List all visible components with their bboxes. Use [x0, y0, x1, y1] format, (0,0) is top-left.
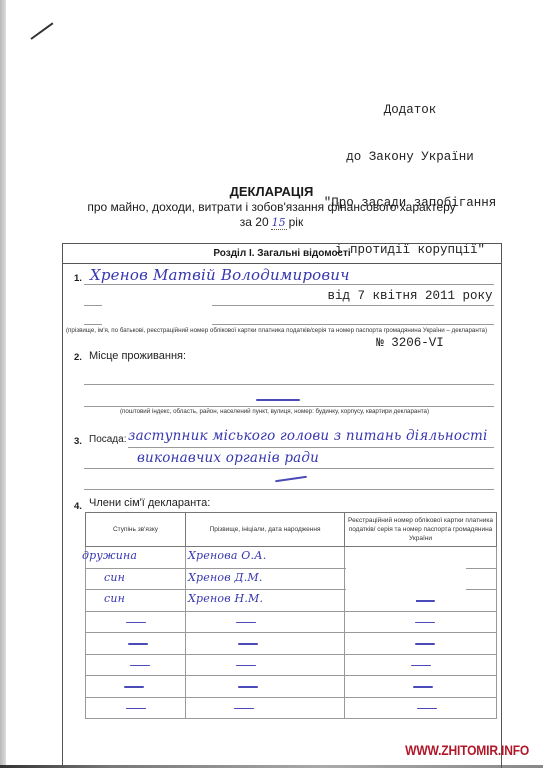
- position-handwritten-line1: заступник міського голови з питань діяль…: [128, 428, 488, 444]
- table-row: синХренов Н.М.: [86, 590, 497, 612]
- handwritten-dash: [124, 686, 144, 688]
- handwritten-dash: [128, 643, 148, 645]
- cell-relation: дружина: [86, 547, 186, 569]
- handwritten-dash: [126, 622, 146, 624]
- handwritten-dash: [126, 708, 146, 710]
- residence-line: [84, 384, 494, 385]
- redacted-area: [346, 548, 466, 590]
- cell-id: [345, 654, 497, 676]
- item1-line: [84, 284, 494, 285]
- handwritten-dash: [238, 686, 258, 688]
- handwritten-dash: [130, 665, 150, 667]
- handwritten-dash: [415, 643, 435, 645]
- column-header-id: Реєстраційний номер облікової картки пла…: [345, 513, 497, 547]
- member-name-handwritten: Хренова О.А.: [188, 549, 266, 562]
- family-members-table: Ступінь зв'язку Прізвище, ініціали, дата…: [85, 512, 497, 719]
- column-header-name: Прізвище, ініціали, дата народження: [186, 513, 345, 547]
- handwritten-dash: [236, 622, 256, 624]
- redacted-area: [346, 590, 416, 610]
- handwritten-dash: [413, 686, 433, 688]
- cell-name: Хренова О.А.: [186, 547, 345, 569]
- item4-number: 4.: [74, 501, 82, 512]
- cell-relation: син: [86, 590, 186, 612]
- member-name-handwritten: Хренов Н.М.: [188, 592, 263, 605]
- handwritten-dash: [415, 600, 435, 602]
- table-row: [86, 633, 497, 655]
- table-row: [86, 697, 497, 719]
- cell-name: [186, 697, 345, 719]
- section-header: Розділ І. Загальні відомості: [63, 244, 501, 264]
- column-header-relation: Ступінь зв'язку: [86, 513, 186, 547]
- pen-stroke-mark: [30, 22, 53, 39]
- cell-id: [345, 697, 497, 719]
- handwritten-dash: [417, 708, 437, 710]
- item1-short-line: [84, 305, 102, 306]
- cell-relation: син: [86, 568, 186, 590]
- handwritten-dash: [415, 622, 435, 624]
- table-row: [86, 676, 497, 698]
- residence-line: [84, 406, 494, 407]
- declaration-year: за 2015рік: [0, 215, 543, 230]
- appendix-line: Додаток: [300, 103, 520, 119]
- cell-relation: [86, 654, 186, 676]
- handwritten-dash: [411, 665, 431, 667]
- handwritten-dash: [238, 643, 258, 645]
- item1-line: [212, 324, 494, 325]
- handwritten-dash: [236, 665, 256, 667]
- declaration-subtitle: про майно, доходи, витрати і зобов'язанн…: [0, 200, 543, 214]
- declaration-title: ДЕКЛАРАЦІЯ: [0, 184, 543, 199]
- handwritten-dash: [234, 708, 254, 710]
- item1-line: [212, 305, 494, 306]
- residence-hint: (поштовий індекс, область, район, населе…: [120, 408, 429, 415]
- cell-name: [186, 633, 345, 655]
- appendix-line: до Закону України: [300, 150, 520, 166]
- year-suffix: рік: [289, 215, 304, 229]
- position-line: [84, 468, 494, 469]
- cell-name: [186, 611, 345, 633]
- year-prefix: за 20: [240, 215, 269, 229]
- member-name-handwritten: Хренов Д.М.: [188, 571, 263, 584]
- family-label: Члени сім'ї декларанта:: [89, 497, 210, 509]
- year-handwritten: 15: [271, 216, 287, 230]
- cell-name: Хренов Д.М.: [186, 568, 345, 590]
- residence-label: Місце проживання:: [89, 350, 186, 362]
- position-line: [84, 489, 494, 490]
- cell-relation: [86, 633, 186, 655]
- item3-number: 3.: [74, 436, 82, 447]
- declarant-name-handwritten: Хренов Матвій Володимирович: [90, 266, 350, 284]
- scan-edge-left: [0, 0, 6, 768]
- residence-pen-mark: [256, 399, 300, 401]
- table-header-row: Ступінь зв'язку Прізвище, ініціали, дата…: [86, 513, 497, 547]
- cell-name: [186, 676, 345, 698]
- relation-handwritten: син: [104, 592, 125, 605]
- item1-number: 1.: [74, 273, 82, 284]
- item1-hint: (прізвище, ім'я, по батькові, реєстрацій…: [66, 327, 487, 334]
- item1-short-line: [84, 324, 102, 325]
- cell-name: Хренов Н.М.: [186, 590, 345, 612]
- table-row: [86, 654, 497, 676]
- cell-id: [345, 676, 497, 698]
- position-label: Посада:: [89, 434, 127, 445]
- cell-name: [186, 654, 345, 676]
- table-row: [86, 611, 497, 633]
- relation-handwritten: син: [104, 571, 125, 584]
- item2-number: 2.: [74, 352, 82, 363]
- cell-id: [345, 611, 497, 633]
- position-line: [128, 447, 494, 448]
- cell-relation: [86, 697, 186, 719]
- cell-relation: [86, 611, 186, 633]
- cell-relation: [86, 676, 186, 698]
- position-handwritten-line2: виконавчих органів ради: [137, 450, 319, 466]
- site-watermark: WWW.ZHITOMIR.INFO: [405, 742, 529, 758]
- cell-id: [345, 633, 497, 655]
- relation-handwritten: дружина: [82, 549, 137, 562]
